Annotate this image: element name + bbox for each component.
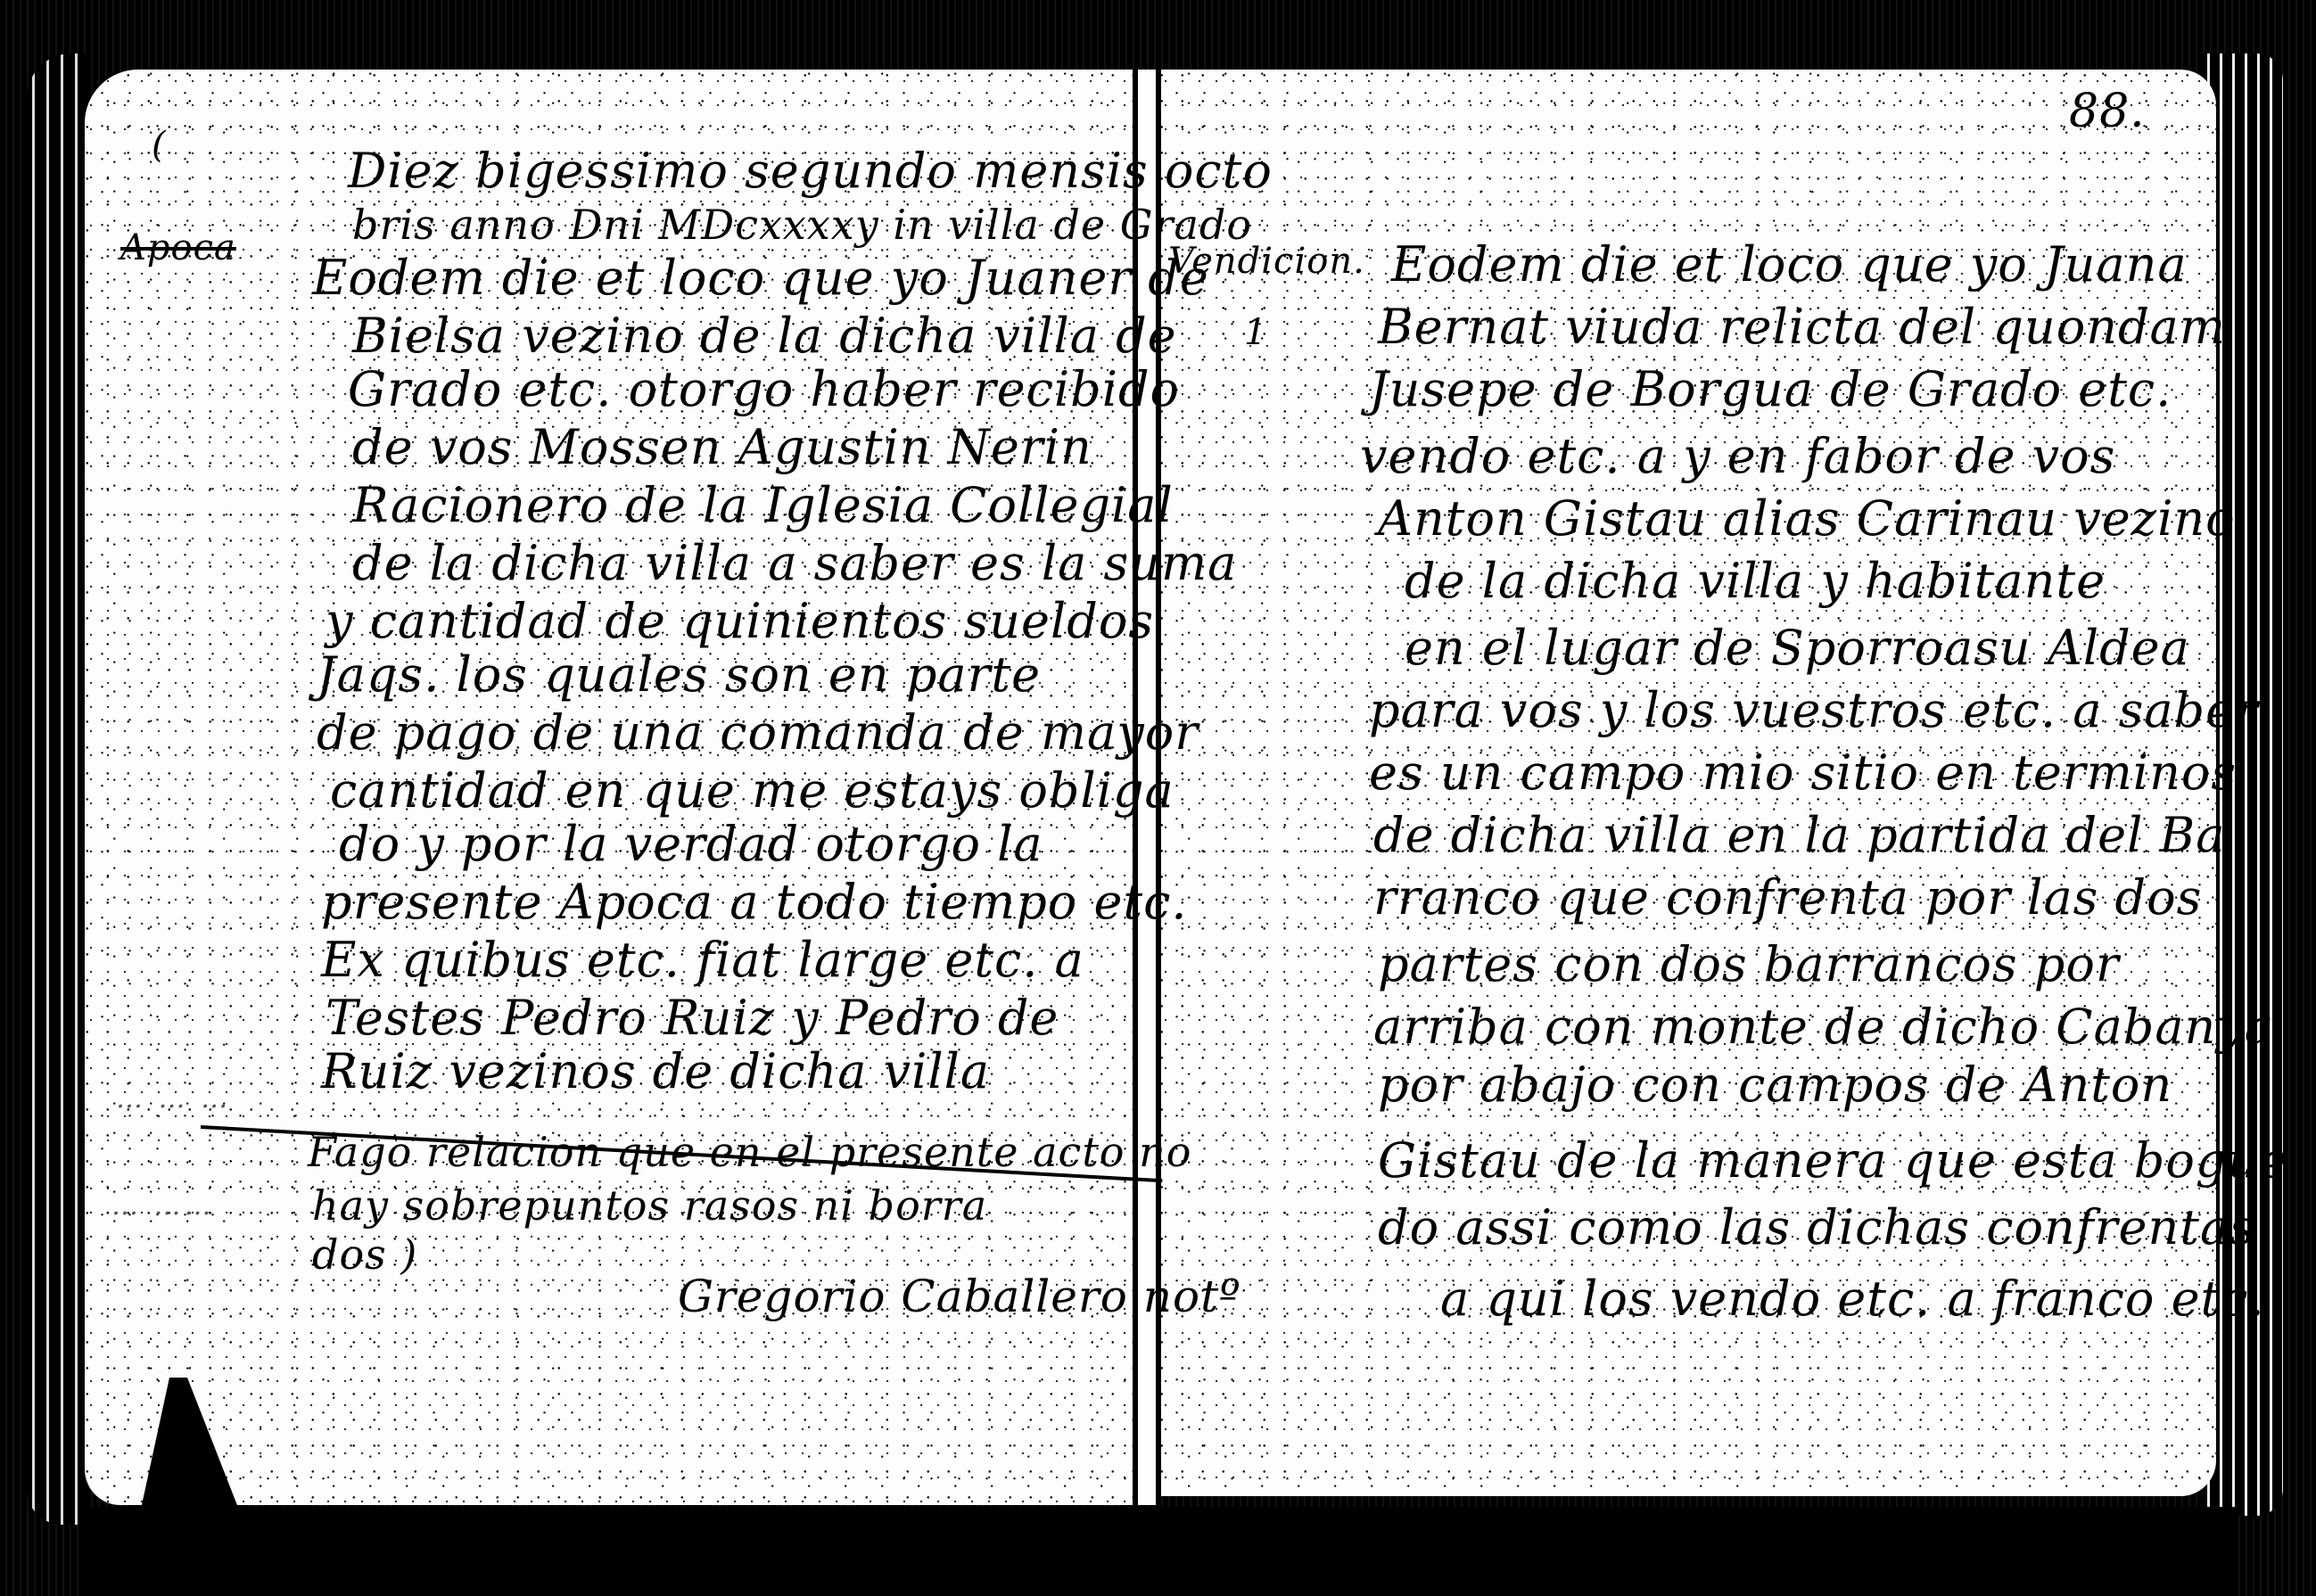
left-page-edge-stack [27, 53, 89, 1525]
notary-signature: Gregorio Caballero notº [678, 1271, 1241, 1322]
right-margin-note-number: 1 [1244, 312, 1267, 353]
bottom-binding-shadow [80, 1507, 2238, 1596]
right-line-11: rranco que confrenta por las dos [1373, 869, 2202, 926]
right-line-5: Anton Gistau alias Carinau vezino [1378, 490, 2236, 547]
left-line-4: Bielsa vezino de la dicha villa de [352, 308, 1177, 364]
left-line-13: do y por la verdad otorgo la [339, 816, 1043, 872]
left-line-10: Jaqs. los quales son en parte [317, 646, 1041, 703]
left-line-2: bris anno Dni MDcxxxxy in villa de Grado [352, 201, 1252, 249]
right-line-9: es un campo mio sitio en terminos [1369, 745, 2237, 801]
right-margin-note-vendicion: Vendicion. [1168, 241, 1365, 282]
left-line-11: de pago de una comanda de mayor [317, 704, 1199, 761]
right-line-4: vendo etc. a y en fabor de vos [1360, 428, 2115, 484]
right-line-8: para vos y los vuestros etc. a saber [1369, 682, 2259, 738]
left-line-16: Testes Pedro Ruiz y Pedro de [326, 990, 1059, 1046]
left-line-6: de vos Mossen Agustin Nerin [352, 419, 1092, 475]
closing-line-3: dos ) [312, 1230, 417, 1279]
closing-line-1: Fago relacion que en el presente acto no [308, 1128, 1191, 1176]
left-line-5: Grado etc. otorgo haber recibido [348, 361, 1180, 417]
right-line-1: Eodem die et loco que yo Juana [1391, 236, 2188, 292]
right-line-14: por abajo con campos de Anton [1378, 1057, 2172, 1113]
right-line-17: a qui los vendo etc. a franco etc. [1440, 1271, 2265, 1327]
closing-line-2: hay sobrepuntos rasos ni borra [312, 1181, 987, 1230]
left-line-17: Ruiz vezinos de dicha villa [321, 1043, 990, 1099]
faint-bleedthrough-2: … …… [111, 1190, 215, 1222]
left-margin-note-apoca: Apoca [120, 227, 236, 268]
right-line-13: arriba con monte de dicho Cabanya [1373, 999, 2274, 1055]
folio-number: 88. [2069, 85, 2146, 138]
right-line-7: en el lugar de Sporroasu Aldea [1405, 620, 2190, 676]
left-line-14: presente Apoca a todo tiempo etc. [321, 874, 1188, 930]
right-line-12: partes con dos barrancos por [1378, 936, 2120, 992]
left-line-8: de la dicha villa a saber es la suma [352, 535, 1237, 591]
left-line-15: Ex quibus etc. fiat large etc. a [321, 932, 1084, 988]
left-line-7: Racionero de la Iglesia Collegial [352, 477, 1174, 533]
left-line-9: y cantidad de quinientos sueldos [326, 593, 1154, 649]
right-line-15: Gistau de la manera que esta bogue [1378, 1132, 2288, 1189]
left-line-1: Diez bigessimo segundo mensis octo [348, 143, 1273, 199]
left-line-12: cantidad en que me estays obliga [330, 762, 1174, 819]
faint-bleedthrough-1: … … … [116, 1083, 231, 1115]
right-line-16: do assi como las dichas confrentas [1378, 1199, 2255, 1255]
right-line-2: Bernat viuda relicta del quondam [1378, 299, 2226, 355]
right-line-6: de la dicha villa y habitante [1405, 553, 2106, 609]
left-margin-bracket: ( [152, 125, 167, 166]
left-line-3: Eodem die et loco que yo Juaner de [312, 250, 1209, 306]
right-line-3: Jusepe de Borgua de Grado etc. [1369, 361, 2172, 417]
right-line-10: de dicha villa en la partida del Ba [1373, 807, 2225, 863]
